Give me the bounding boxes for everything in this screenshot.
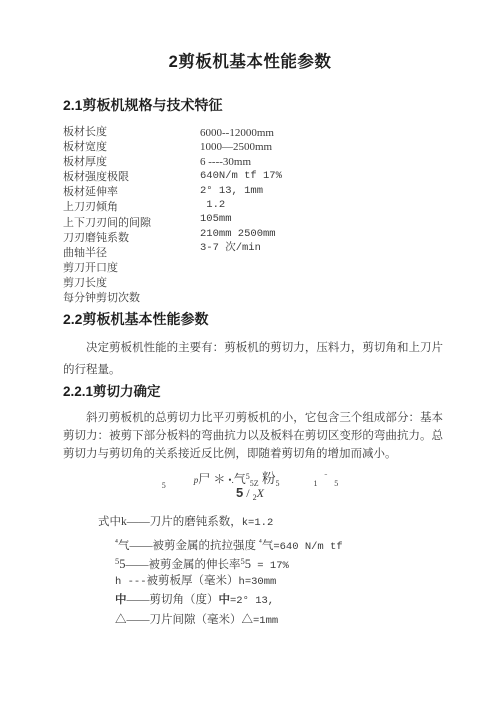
text-run: 式中k——刀片的磨钝系数， xyxy=(98,516,242,528)
section-heading-2-2-1: 2.2.1剪切力确定 xyxy=(63,380,161,400)
text-run: h --- xyxy=(115,576,147,588)
text-run: 粉 xyxy=(259,471,276,486)
text-run: =1mm xyxy=(253,615,278,627)
definition-line: h ---被剪板厚（毫米）h=30mm xyxy=(115,572,455,592)
section-heading-2-2: 2.2剪板机基本性能参数 xyxy=(63,309,208,329)
paragraph-shear-force: 斜刃剪板机的总剪切力比平刃剪板机的小，它包含三个组成部分：基本剪切力：被剪下部分… xyxy=(63,409,443,464)
text-run: 中 xyxy=(115,594,127,606)
spec-label: 每分钟剪切次数 xyxy=(63,291,213,306)
text-run: ——刀片间隙（毫米） xyxy=(127,614,242,626)
spec-value: 2° 13, 1mm xyxy=(200,184,400,198)
spec-value: 6 ----30mm xyxy=(200,155,400,169)
text-run: h=30mm xyxy=(239,576,277,588)
text-run: / xyxy=(243,486,252,500)
formula-line-numerator: 5p尸 ＊ •.气55Z 粉51ˉ5 xyxy=(0,467,500,484)
text-run: △ xyxy=(115,614,127,626)
spec-value: 1000—2500mm xyxy=(200,140,400,154)
definition-line: 中——剪切角（度）中=2° 13, xyxy=(115,591,455,611)
text-run: = xyxy=(251,560,270,572)
paragraph-performance-factors: 决定剪板机性能的主要有：剪板机的剪切力，压料力，剪切角和上刀片的行程量。 xyxy=(63,338,443,381)
spec-value: 3-7 次/min xyxy=(200,241,400,255)
spec-label-column: 板材长度板材宽度板材厚度板材强度极限板材延伸率上刀刃倾角上下刀刃间的间隙刀刃磨钝… xyxy=(63,125,213,306)
spec-label: 剪刀长度 xyxy=(63,276,213,291)
text-run: △ xyxy=(242,614,254,626)
text-run: k=1.2 xyxy=(242,517,274,529)
symbol-definitions: 式中k——刀片的磨钝系数，k=1.2⁴气——被剪金属的抗拉强度 ⁴气=640 N… xyxy=(115,513,455,631)
text-run: 气 xyxy=(262,540,274,552)
text-run: ˉ xyxy=(325,472,328,481)
spec-label: 板材延伸率 xyxy=(63,185,213,200)
text-run: X xyxy=(257,486,264,500)
definition-line: 式中k——刀片的磨钝系数，k=1.2 xyxy=(98,513,455,533)
spec-table: 板材长度板材宽度板材厚度板材强度极限板材延伸率上刀刃倾角上下刀刃间的间隙刀刃磨钝… xyxy=(63,125,437,307)
spec-label: 刀刃磨钝系数 xyxy=(63,231,213,246)
text-run: =2° 13, xyxy=(230,595,274,607)
text-run: 中 xyxy=(219,594,231,606)
spec-value: 210mm 2500mm xyxy=(200,227,400,241)
spec-value-column: 6000--12000mm1000—2500mm6 ----30mm640N/m… xyxy=(200,126,400,256)
spec-value: 105mm xyxy=(200,212,400,226)
shear-force-formula: 5p尸 ＊ •.气55Z 粉51ˉ5 5 / 2X xyxy=(0,467,500,502)
text-run: 气 xyxy=(234,472,246,486)
text-run: 5 xyxy=(276,479,280,488)
formula-line-denominator: 5 / 2X xyxy=(0,485,500,502)
spec-label: 上刀刃倾角 xyxy=(63,200,213,215)
spec-value: 1.2 xyxy=(200,198,400,212)
spec-value: 640N/m tf 17% xyxy=(200,169,400,183)
text-run: 1 xyxy=(314,479,318,488)
definition-line: 55——被剪金属的伸长率55 = 17% xyxy=(115,552,455,572)
document-page: 2剪板机基本性能参数 2.1剪板机规格与技术特征 板材长度板材宽度板材厚度板材强… xyxy=(0,0,500,707)
section-heading-2-1: 2.1剪板机规格与技术特征 xyxy=(63,95,222,115)
spec-label: 板材长度 xyxy=(63,125,213,140)
text-run: 气——被剪金属的抗拉强度 xyxy=(118,540,259,552)
text-run: ——被剪金属的伸长率 xyxy=(126,559,241,571)
spec-label: 上下刀刃间的间隙 xyxy=(63,216,213,231)
text-run: 17% xyxy=(270,560,289,572)
text-run: 5 xyxy=(162,481,166,490)
text-run: =640 N/m tf xyxy=(273,541,342,553)
definition-line: ⁴气——被剪金属的抗拉强度 ⁴气=640 N/m tf xyxy=(115,533,455,553)
text-run: 5 xyxy=(334,479,338,488)
text-run: ＊ xyxy=(210,472,228,486)
text-run: ——剪切角（度） xyxy=(127,594,219,606)
spec-label: 剪刀开口度 xyxy=(63,261,213,276)
text-run: 尸 xyxy=(198,472,210,486)
spec-label: 板材厚度 xyxy=(63,155,213,170)
spec-label: 板材强度极限 xyxy=(63,170,213,185)
definition-line: △——刀片间隙（毫米）△=1mm xyxy=(115,611,455,631)
text-run: 被剪板厚（毫米） xyxy=(147,575,239,587)
spec-label: 曲轴半径 xyxy=(63,246,213,261)
spec-label: 板材宽度 xyxy=(63,140,213,155)
spec-value: 6000--12000mm xyxy=(200,126,400,140)
page-title: 2剪板机基本性能参数 xyxy=(0,48,500,72)
